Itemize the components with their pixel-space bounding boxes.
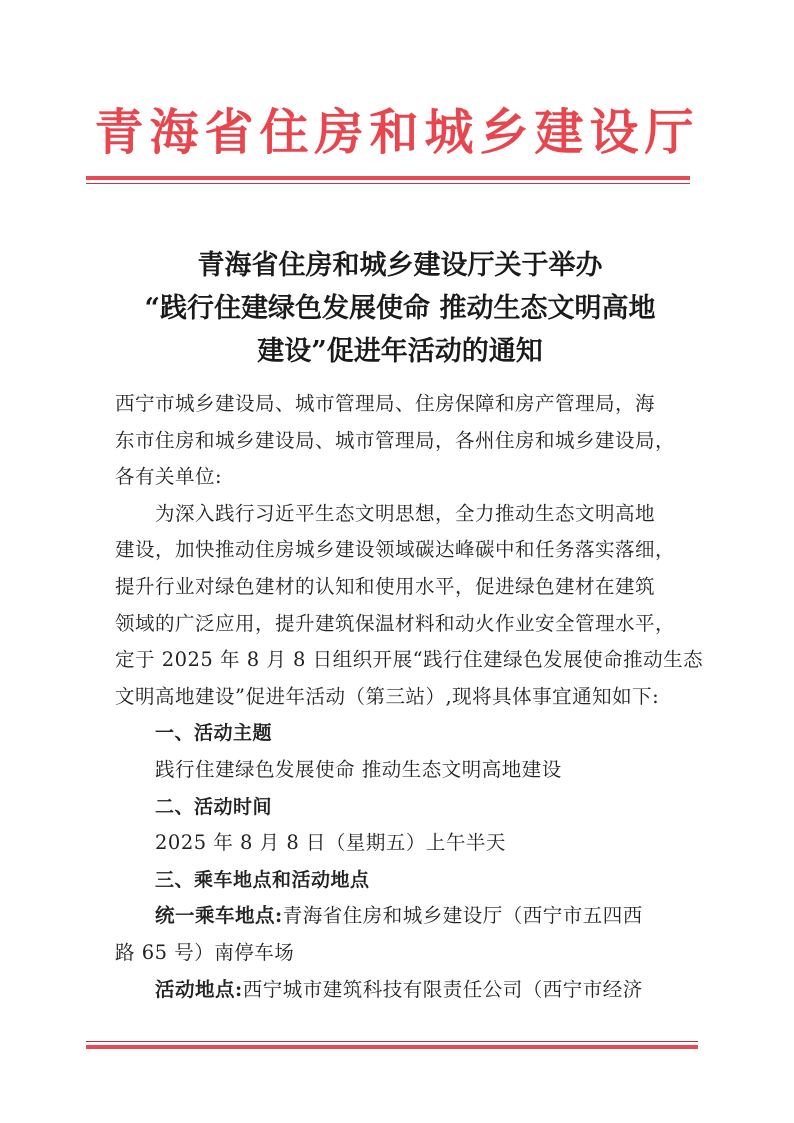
footer-divider	[86, 1041, 698, 1049]
title-line-2: “践行住建绿色发展使命 推动生态文明高地	[100, 287, 700, 330]
intro-line-1: 为深入践行习近平生态文明思想，全力推动生态文明高地	[115, 496, 700, 533]
recipients-line-1: 西宁市城乡建设局、城市管理局、住房保障和房产管理局，海	[115, 386, 700, 423]
title-line-1: 青海省住房和城乡建设厅关于举办	[100, 244, 700, 287]
pickup-location-value: 青海省住房和城乡建设厅（西宁市五四西	[283, 904, 643, 927]
footer-thick-line	[86, 1045, 698, 1049]
intro-line-3: 提升行业对绿色建材的认知和使用水平，促进绿色建材在建筑	[115, 569, 700, 606]
venue-location: 活动地点:西宁城市建筑科技有限责任公司（西宁市经济	[115, 972, 700, 1009]
pickup-location-continued: 路 65 号）南停车场	[115, 935, 700, 972]
intro-line-4: 领域的广泛应用，提升建筑保温材料和动火作业安全管理水平，	[115, 606, 700, 643]
section-heading-theme: 一、活动主题	[115, 715, 700, 752]
section-content-theme: 践行住建绿色发展使命 推动生态文明高地建设	[115, 752, 700, 789]
recipients-line-2: 东市住房和城乡建设局、城市管理局，各州住房和城乡建设局，	[115, 423, 700, 460]
venue-location-label: 活动地点:	[155, 978, 243, 1001]
section-heading-location: 三、乘车地点和活动地点	[115, 862, 700, 899]
intro-line-2: 建设，加快推动住房城乡建设领域碳达峰碳中和任务落实落细，	[115, 532, 700, 569]
intro-line-5: 定于 2025 年 8 月 8 日组织开展“践行住建绿色发展使命推动生态	[115, 642, 700, 679]
pickup-location-label: 统一乘车地点:	[155, 904, 283, 927]
section-content-time: 2025 年 8 月 8 日（星期五）上午半天	[115, 825, 700, 862]
divider-thin-line	[86, 183, 690, 184]
pickup-location: 统一乘车地点:青海省住房和城乡建设厅（西宁市五四西	[115, 898, 700, 935]
section-heading-time: 二、活动时间	[115, 789, 700, 826]
letterhead-organization-name: 青海省住房和城乡建设厅	[92, 100, 702, 164]
document-body: 西宁市城乡建设局、城市管理局、住房保障和房产管理局，海 东市住房和城乡建设局、城…	[115, 386, 700, 1008]
letterhead-divider	[86, 176, 690, 184]
recipients-line-3: 各有关单位:	[115, 459, 700, 496]
intro-line-6: 文明高地建设”促进年活动（第三站）,现将具体事宜通知如下:	[115, 679, 700, 716]
document-title: 青海省住房和城乡建设厅关于举办 “践行住建绿色发展使命 推动生态文明高地 建设”…	[100, 244, 700, 373]
venue-location-value: 西宁城市建筑科技有限责任公司（西宁市经济	[243, 978, 643, 1001]
title-line-3: 建设”促进年活动的通知	[100, 330, 700, 373]
